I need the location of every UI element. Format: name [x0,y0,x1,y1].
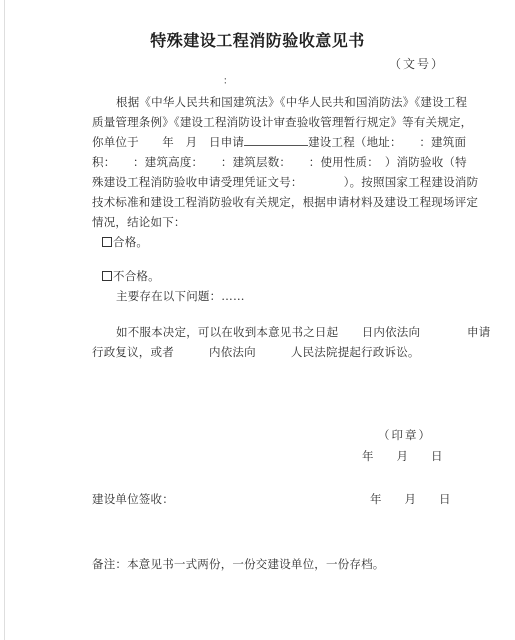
document-title: 特殊建设工程消防验收意见书 [0,28,515,51]
document-number: （文号） [389,55,445,72]
pass-label: 合格。 [113,235,148,249]
body-line-4: 积： ：建筑高度： ：建筑层数： ：使用性质： ）消防验收（特 [92,154,467,170]
body-line-7: 情况，结论如下： [92,214,186,230]
receipt-label: 建设单位签收： [92,491,174,507]
document-page: 特殊建设工程消防验收意见书 （文号） ： 根据《中华人民共和国建筑法》《中华人民… [0,0,515,640]
seal-label: （印章） [378,427,432,443]
option-fail[interactable]: 不合格。 [102,268,160,284]
fail-label: 不合格。 [113,269,160,283]
seal-date: 年 月 日 [362,448,443,464]
body-line-6: 技术标准和建设工程消防验收有关规定，根据申请材料及建设工程现场评定 [92,194,478,210]
body-line-2: 质量管理条例》《建设工程消防设计审查验收管理暂行规定》等有关规定， [92,114,472,130]
body-line-1: 根据《中华人民共和国建筑法》《中华人民共和国消防法》《建设工程 [116,94,467,110]
appeal-line-2: 行政复议，或者 内依法向 人民法院提起行政诉讼。 [92,344,420,360]
project-name-blank[interactable] [244,134,308,146]
issues-label: 主要存在以下问题：…… [116,288,245,304]
body-line-3: 你单位于 年 月 日申请建设工程（地址： ：建筑面 [92,134,466,150]
body-line-5: 殊建设工程消防验收申请受理凭证文号： ）。按照国家工程建设消防 [92,174,478,190]
body-line-3-start: 你单位于 年 月 日申请 [92,135,244,149]
option-pass[interactable]: 合格。 [102,234,148,250]
appeal-line-1: 如不服本决定，可以在收到本意见书之日起 日内依法向 申请 [116,324,490,340]
document-note: 备注：本意见书一式两份，一份交建设单位，一份存档。 [92,556,385,572]
receipt-date: 年 月 日 [370,491,451,507]
pass-checkbox[interactable] [102,237,112,247]
fail-checkbox[interactable] [102,271,112,281]
body-line-3-end: 建设工程（地址： ：建筑面 [308,135,466,149]
addressee-colon: ： [223,72,233,87]
